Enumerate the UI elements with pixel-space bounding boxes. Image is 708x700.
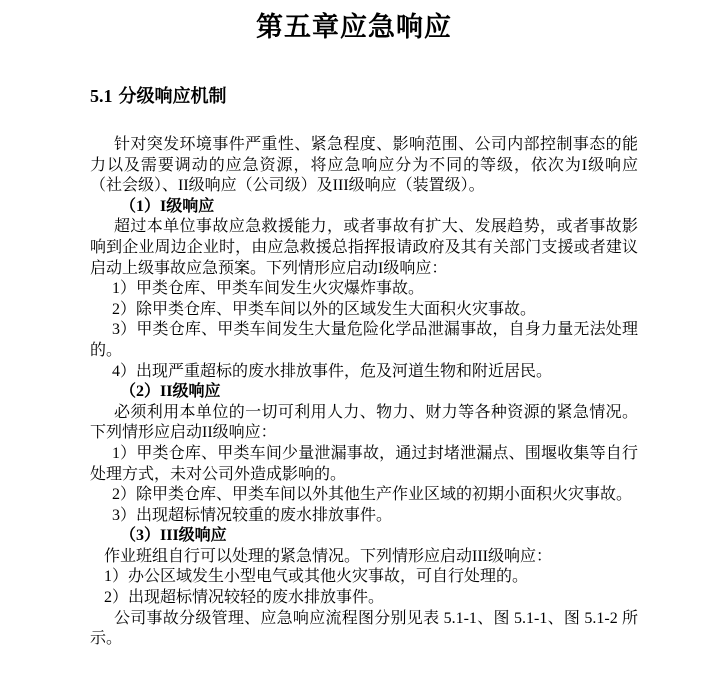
document-body: 针对突发环境事件严重性、紧急程度、影响范围、公司内部控制事态的能力以及需要调动的… [90,135,638,650]
subheading: （1）I级响应 [120,197,638,218]
subheading: （3）III级响应 [120,526,638,547]
list-item: 3）甲类仓库、甲类车间发生大量危险化学品泄漏事故，自身力量无法处理的。 [90,320,638,361]
chapter-title: 第五章应急响应 [0,0,708,43]
list-item: 2）除甲类仓库、甲类车间以外的区域发生大面积火灾事故。 [90,300,638,321]
subheading: （2）II级响应 [120,382,638,403]
section-number: 5.1 [90,86,113,106]
paragraph: 必须利用本单位的一切可利用人力、物力、财力等各种资源的紧急情况。下列情形应启动I… [90,403,638,444]
list-item: 4）出现严重超标的废水排放事件，危及河道生物和附近居民。 [90,362,638,383]
paragraph: 针对突发环境事件严重性、紧急程度、影响范围、公司内部控制事态的能力以及需要调动的… [90,135,638,197]
section-heading: 5.1分级响应机制 [90,85,636,107]
paragraph: 作业班组自行可以处理的紧急情况。下列情形应启动III级响应： [90,547,638,568]
paragraph: 公司事故分级管理、应急响应流程图分别见表 5.1-1、图 5.1-1、图 5.1… [90,609,638,650]
list-item: 2）除甲类仓库、甲类车间以外其他生产作业区域的初期小面积火灾事故。 [90,485,638,506]
section-heading-text: 分级响应机制 [119,86,227,106]
list-item: 1）甲类仓库、甲类车间发生火灾爆炸事故。 [90,279,638,300]
paragraph: 超过本单位事故应急救援能力，或者事故有扩大、发展趋势，或者事故影响到企业周边企业… [90,217,638,279]
list-item: 1）办公区域发生小型电气或其他火灾事故，可自行处理的。 [90,567,638,588]
list-item: 2）出现超标情况较轻的废水排放事件。 [90,588,638,609]
list-item: 1）甲类仓库、甲类车间少量泄漏事故，通过封堵泄漏点、围堰收集等自行处理方式，未对… [90,444,638,485]
list-item: 3）出现超标情况较重的废水排放事件。 [90,506,638,527]
document-page: 第五章应急响应 5.1分级响应机制 针对突发环境事件严重性、紧急程度、影响范围、… [0,0,708,700]
